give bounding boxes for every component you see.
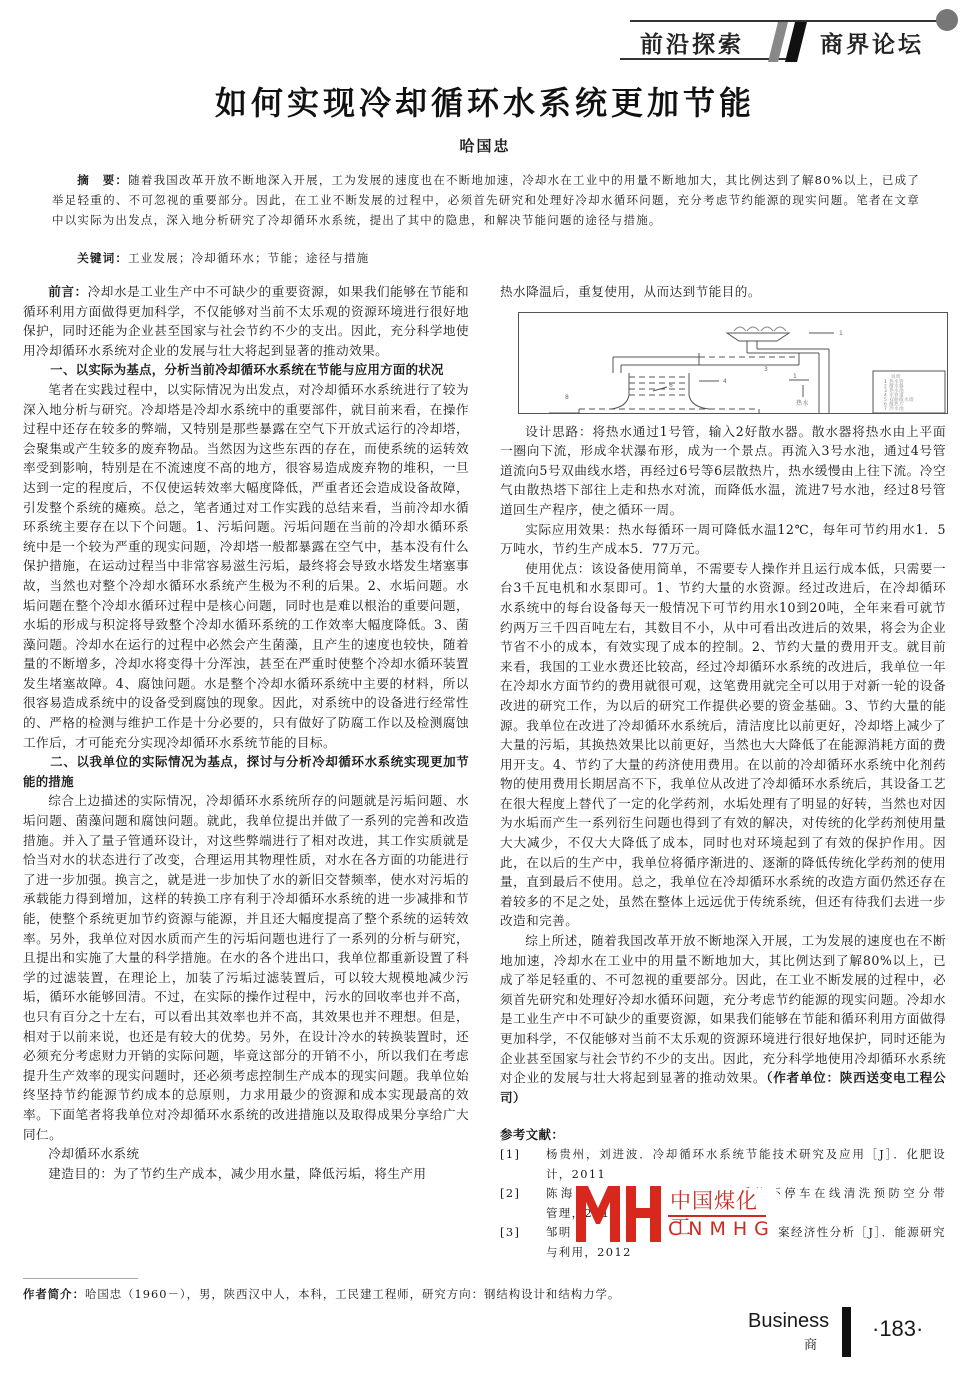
page-header: 前沿探索 商界论坛 bbox=[0, 0, 970, 70]
keywords: 关键词：工业发展；冷却循环水；节能；途径与措施 bbox=[52, 248, 920, 268]
references-title: 参考文献： bbox=[500, 1125, 946, 1145]
journal-name-en: Business bbox=[748, 1310, 829, 1333]
svg-text:7 冷水池: 7 冷水池 bbox=[884, 405, 904, 412]
right-column: 热水降温后，重复使用，从而达到节能目的。 bbox=[500, 282, 946, 1262]
label-6: 6 bbox=[669, 382, 673, 389]
section-2-paragraph: 综合上边描述的实际情况，冷却循环水系统所存的问题就是污垢问题、水垢问题、菌藻问题… bbox=[23, 791, 469, 1144]
cooling-system-schematic: 1 1 4 6 8 3 热水 说明 1 热水管 2 散水器 3 热水池 4 水管… bbox=[519, 313, 947, 413]
label-4: 4 bbox=[723, 378, 727, 385]
reference-number: [3] bbox=[500, 1223, 546, 1262]
slash-ornament-black bbox=[785, 22, 807, 62]
bio-text: 哈国忠（1960－），男，陕西汉中人，本科，工民建工程师，研究方向：钢结构设计和… bbox=[85, 1287, 620, 1301]
subsection-title: 冷却循环水系统 bbox=[23, 1144, 469, 1164]
section-label-left: 前沿探索 bbox=[640, 26, 744, 59]
preface-label: 前言： bbox=[48, 284, 87, 299]
footnote-rule bbox=[23, 1278, 138, 1279]
conclusion-paragraph: 综上所述，随着我国改革开放不断地深入开展，工为发展的速度也在不断地加速，冷却水在… bbox=[500, 931, 946, 1107]
keywords-label: 关键词： bbox=[77, 251, 128, 265]
cooling-tower-diagram: 1 1 4 6 8 3 热水 说明 1 热水管 2 散水器 3 热水池 4 水管… bbox=[518, 312, 948, 414]
abstract-text: 随着我国改革开放不断地深入开展，工为发展的速度也在不断地加速，冷却水在工业中的用… bbox=[52, 173, 920, 227]
abstract: 摘 要：随着我国改革开放不断地深入开展，工为发展的速度也在不断地加速，冷却水在工… bbox=[52, 170, 920, 230]
watermark-en-text: CNMHG bbox=[668, 1218, 776, 1240]
label-3: 3 bbox=[764, 366, 768, 373]
header-dot-ornament bbox=[936, 9, 958, 31]
preface-paragraph: 前言：冷却水是工业生产中不可缺少的重要资源，如果我们能够在节能和循环利用方面做得… bbox=[23, 282, 469, 360]
watermark-rule bbox=[668, 1215, 766, 1217]
label-1: 1 bbox=[839, 330, 843, 337]
reference-text: 杨贵州，刘进波．冷却循环水系统节能技术研究及应用［J］．化肥设计，2011 bbox=[546, 1145, 946, 1184]
article-title: 如何实现冷却循环水系统更加节能 bbox=[0, 78, 970, 124]
section-1-heading: 一、以实际为基点，分析当前冷却循环水系统在节能与应用方面的状况 bbox=[23, 360, 469, 380]
reference-item: [1] 杨贵州，刘进波．冷却循环水系统节能技术研究及应用［J］．化肥设计，201… bbox=[500, 1145, 946, 1184]
left-column: 前言：冷却水是工业生产中不可缺少的重要资源，如果我们能够在节能和循环利用方面做得… bbox=[23, 282, 469, 1183]
author-bio: 作者简介：哈国忠（1960－），男，陕西汉中人，本科，工民建工程师，研究方向：钢… bbox=[23, 1285, 620, 1303]
slash-ornament-gray bbox=[768, 22, 788, 62]
svg-text:说明: 说明 bbox=[891, 373, 901, 380]
cnmhg-watermark: 中国煤化工 CNMHG bbox=[576, 1186, 776, 1242]
label-1b: 1 bbox=[793, 373, 797, 380]
bio-label: 作者简介： bbox=[23, 1287, 85, 1301]
effect-paragraph: 实际应用效果：热水每循环一周可降低水温12℃，每年可节约用水1．5万吨水，节约生… bbox=[500, 520, 946, 559]
design-paragraph: 设计思路：将热水通过1号管，输入2好散水器。散水器将热水由上平面一圈向下流，形成… bbox=[500, 422, 946, 520]
advantage-paragraph: 使用优点：该设备使用简单，不需要专人操作并且运行成本低，只需要一台3千瓦电机和水… bbox=[500, 559, 946, 931]
abstract-label: 摘 要： bbox=[77, 173, 128, 187]
section-1-paragraph: 笔者在实践过程中，以实际情况为出发点，对冷却循环水系统进行了较为深入地分析与研究… bbox=[23, 380, 469, 752]
keywords-text: 工业发展；冷却循环水；节能；途径与措施 bbox=[128, 251, 369, 265]
reference-number: [1] bbox=[500, 1145, 546, 1184]
footer-bar-ornament bbox=[842, 1307, 851, 1357]
label-8: 8 bbox=[565, 394, 569, 401]
article-author: 哈国忠 bbox=[0, 135, 970, 156]
reference-number: [2] bbox=[500, 1184, 546, 1223]
purpose-continuation: 热水降温后，重复使用，从而达到节能目的。 bbox=[500, 282, 946, 302]
mh-logo-icon bbox=[576, 1186, 661, 1242]
journal-name-cn: 商 bbox=[804, 1334, 817, 1353]
section-2-heading: 二、以我单位的实际情况为基点，探讨与分析冷却循环水系统实现更加节能的措施 bbox=[23, 752, 469, 791]
header-rule bbox=[630, 20, 948, 22]
preface-text: 冷却水是工业生产中不可缺少的重要资源，如果我们能够在节能和循环利用方面做得更加科… bbox=[23, 284, 469, 358]
section-label-right: 商界论坛 bbox=[820, 26, 924, 59]
hot-water-label: 热水 bbox=[796, 399, 809, 407]
purpose-paragraph: 建造目的：为了节约生产成本，减少用水量，降低污垢，将生产用 bbox=[23, 1164, 469, 1184]
page-number: ·183· bbox=[872, 1316, 923, 1342]
